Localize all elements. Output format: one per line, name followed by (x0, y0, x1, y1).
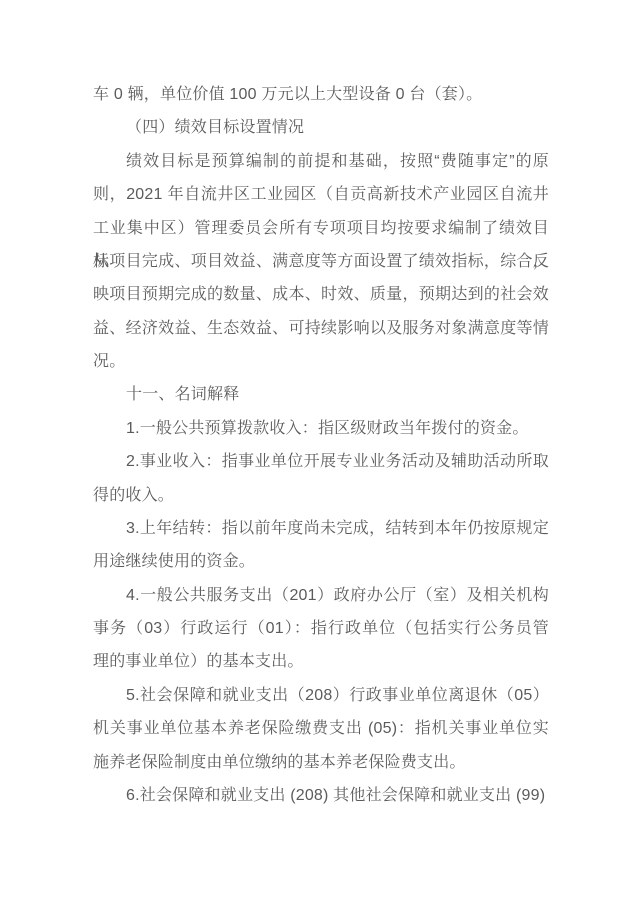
text-line: 绩效目标是预算编制的前提和基础，按照“费随事定”的原 (93, 145, 549, 178)
text-line: 事务（03）行政运行（01）：指行政单位（包括实行公务员管 (93, 612, 549, 645)
text-line: 1.一般公共预算拨款收入：指区级财政当年拨付的资金。 (93, 412, 549, 445)
text-line: 得的收入。 (93, 479, 549, 512)
text-line-section-heading: 十一、名词解释 (93, 378, 549, 411)
text-line: 映项目预期完成的数量、成本、时效、质量，预期达到的社会效 (93, 278, 549, 311)
text-line: 用途继续使用的资金。 (93, 545, 549, 578)
document-body: 车 0 辆，单位价值 100 万元以上大型设备 0 台（套）。 （四）绩效目标设… (93, 78, 549, 812)
document-page: 车 0 辆，单位价值 100 万元以上大型设备 0 台（套）。 （四）绩效目标设… (0, 0, 640, 905)
text-line: 3.上年结转：指以前年度尚未完成，结转到本年仍按原规定 (93, 512, 549, 545)
text-line: 从项目完成、项目效益、满意度等方面设置了绩效指标，综合反 (93, 245, 549, 278)
text-line: 理的事业单位）的基本支出。 (93, 645, 549, 678)
text-line: 况。 (93, 345, 549, 378)
text-line: 则，2021 年自流井区工业园区（自贡高新技术产业园区自流井 (93, 178, 549, 211)
text-line: 2.事业收入：指事业单位开展专业业务活动及辅助活动所取 (93, 445, 549, 478)
text-line: 4.一般公共服务支出（201）政府办公厅（室）及相关机构 (93, 579, 549, 612)
text-line: 机关事业单位基本养老保险缴费支出 (05)：指机关事业单位实 (93, 712, 549, 745)
text-line: 6.社会保障和就业支出 (208) 其他社会保障和就业支出 (99) (93, 779, 549, 812)
text-line: 施养老保险制度由单位缴纳的基本养老保险费支出。 (93, 746, 549, 779)
text-line-section-heading: （四）绩效目标设置情况 (93, 111, 549, 144)
text-line: 车 0 辆，单位价值 100 万元以上大型设备 0 台（套）。 (93, 78, 549, 111)
text-line: 工业集中区）管理委员会所有专项项目均按要求编制了绩效目标， (93, 212, 549, 245)
text-line: 益、经济效益、生态效益、可持续影响以及服务对象满意度等情 (93, 312, 549, 345)
text-line: 5.社会保障和就业支出（208）行政事业单位离退休（05） (93, 679, 549, 712)
